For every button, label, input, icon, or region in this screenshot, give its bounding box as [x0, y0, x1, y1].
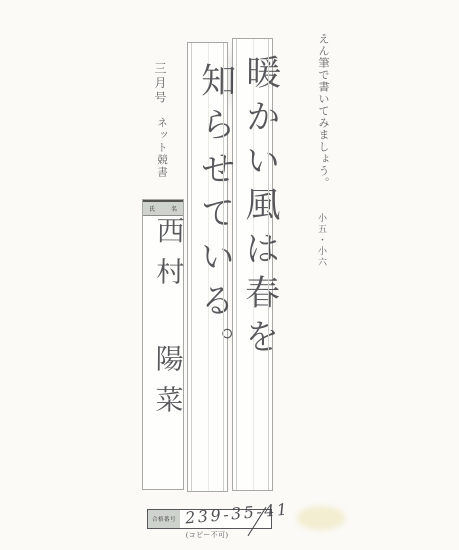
correction-mark	[166, 362, 173, 369]
instruction-text: えん筆で書いてみましょう。	[315, 33, 331, 189]
issue-title: 三月号	[152, 62, 169, 106]
pass-number-label: 合格番号	[147, 509, 181, 529]
writing-strip-2: 知らせている。	[187, 42, 228, 492]
paper-stain	[297, 506, 345, 530]
name-field: 氏 名 西村 陽菜	[142, 199, 184, 490]
handwriting-practice-sheet: えん筆で書いてみましょう。 小五・小六 三月号 ネット競書 暖かい風は春を 知ら…	[0, 0, 459, 550]
name-label-second: 名	[171, 204, 177, 213]
practice-text-line-1: 暖かい風は春を	[234, 54, 286, 362]
name-value: 西村 陽菜	[147, 216, 188, 426]
name-label: 氏 名	[143, 200, 183, 216]
name-label-first: 氏	[149, 204, 155, 213]
grade-level-text: 小五・小六	[316, 213, 329, 268]
practice-text-line-2: 知らせている。	[189, 62, 241, 370]
copy-note: (コピー不可)	[186, 530, 228, 540]
competition-name: ネット競書	[154, 117, 169, 179]
